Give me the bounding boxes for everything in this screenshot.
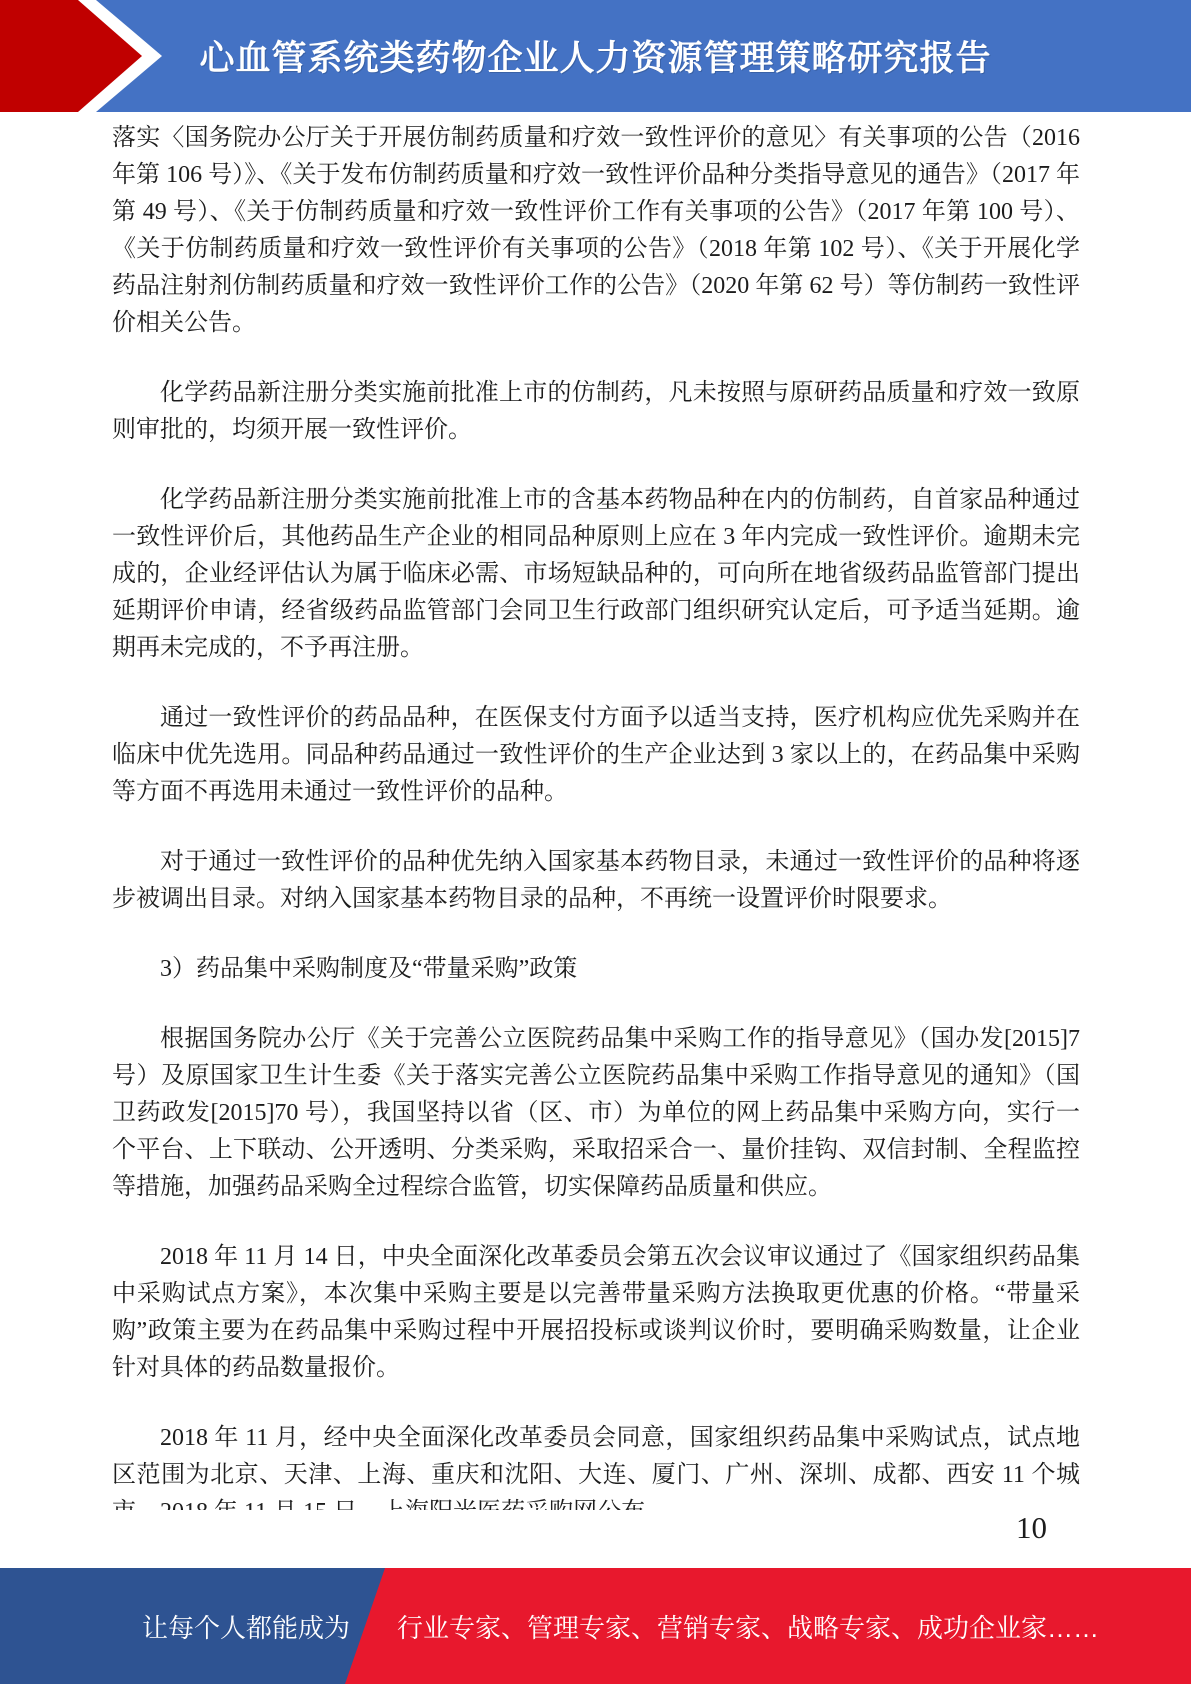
chevron-arrow-icon bbox=[0, 0, 170, 112]
paragraph: 对于通过一致性评价的品种优先纳入国家基本药物目录，未通过一致性评价的品种将逐步被… bbox=[112, 844, 1080, 918]
section-heading: 3）药品集中采购制度及“带量采购”政策 bbox=[112, 951, 1080, 988]
document-body: 落实〈国务院办公厅关于开展仿制药质量和疗效一致性评价的意见〉有关事项的公告（20… bbox=[112, 120, 1080, 1510]
paragraph: 通过一致性评价的药品品种，在医保支付方面予以适当支持，医疗机构应优先采购并在临床… bbox=[112, 700, 1080, 811]
paragraph: 化学药品新注册分类实施前批准上市的仿制药，凡未按照与原研药品质量和疗效一致原则审… bbox=[112, 375, 1080, 449]
footer-banner: 让每个人都能成为 行业专家、管理专家、营销专家、战略专家、成功企业家…… bbox=[0, 1568, 1191, 1684]
paragraph: 2018 年 11 月，经中央全面深化改革委员会同意，国家组织药品集中采购试点，… bbox=[112, 1420, 1080, 1510]
footer-tagline-left: 让每个人都能成为 bbox=[142, 1568, 350, 1684]
paragraph: 化学药品新注册分类实施前批准上市的含基本药物品种在内的仿制药，自首家品种通过一致… bbox=[112, 482, 1080, 667]
page-number: 10 bbox=[1016, 1510, 1047, 1546]
report-page: 心血管系统类药物企业人力资源管理策略研究报告 落实〈国务院办公厅关于开展仿制药质… bbox=[0, 0, 1191, 1684]
report-title: 心血管系统类药物企业人力资源管理策略研究报告 bbox=[199, 31, 991, 81]
paragraph: 落实〈国务院办公厅关于开展仿制药质量和疗效一致性评价的意见〉有关事项的公告（20… bbox=[112, 120, 1080, 342]
footer-tagline-right: 行业专家、管理专家、营销专家、战略专家、成功企业家…… bbox=[397, 1568, 1099, 1684]
paragraph: 根据国务院办公厅《关于完善公立医院药品集中采购工作的指导意见》（国办发[2015… bbox=[112, 1021, 1080, 1206]
header-banner: 心血管系统类药物企业人力资源管理策略研究报告 bbox=[0, 0, 1191, 112]
paragraph: 2018 年 11 月 14 日，中央全面深化改革委员会第五次会议审议通过了《国… bbox=[112, 1239, 1080, 1387]
